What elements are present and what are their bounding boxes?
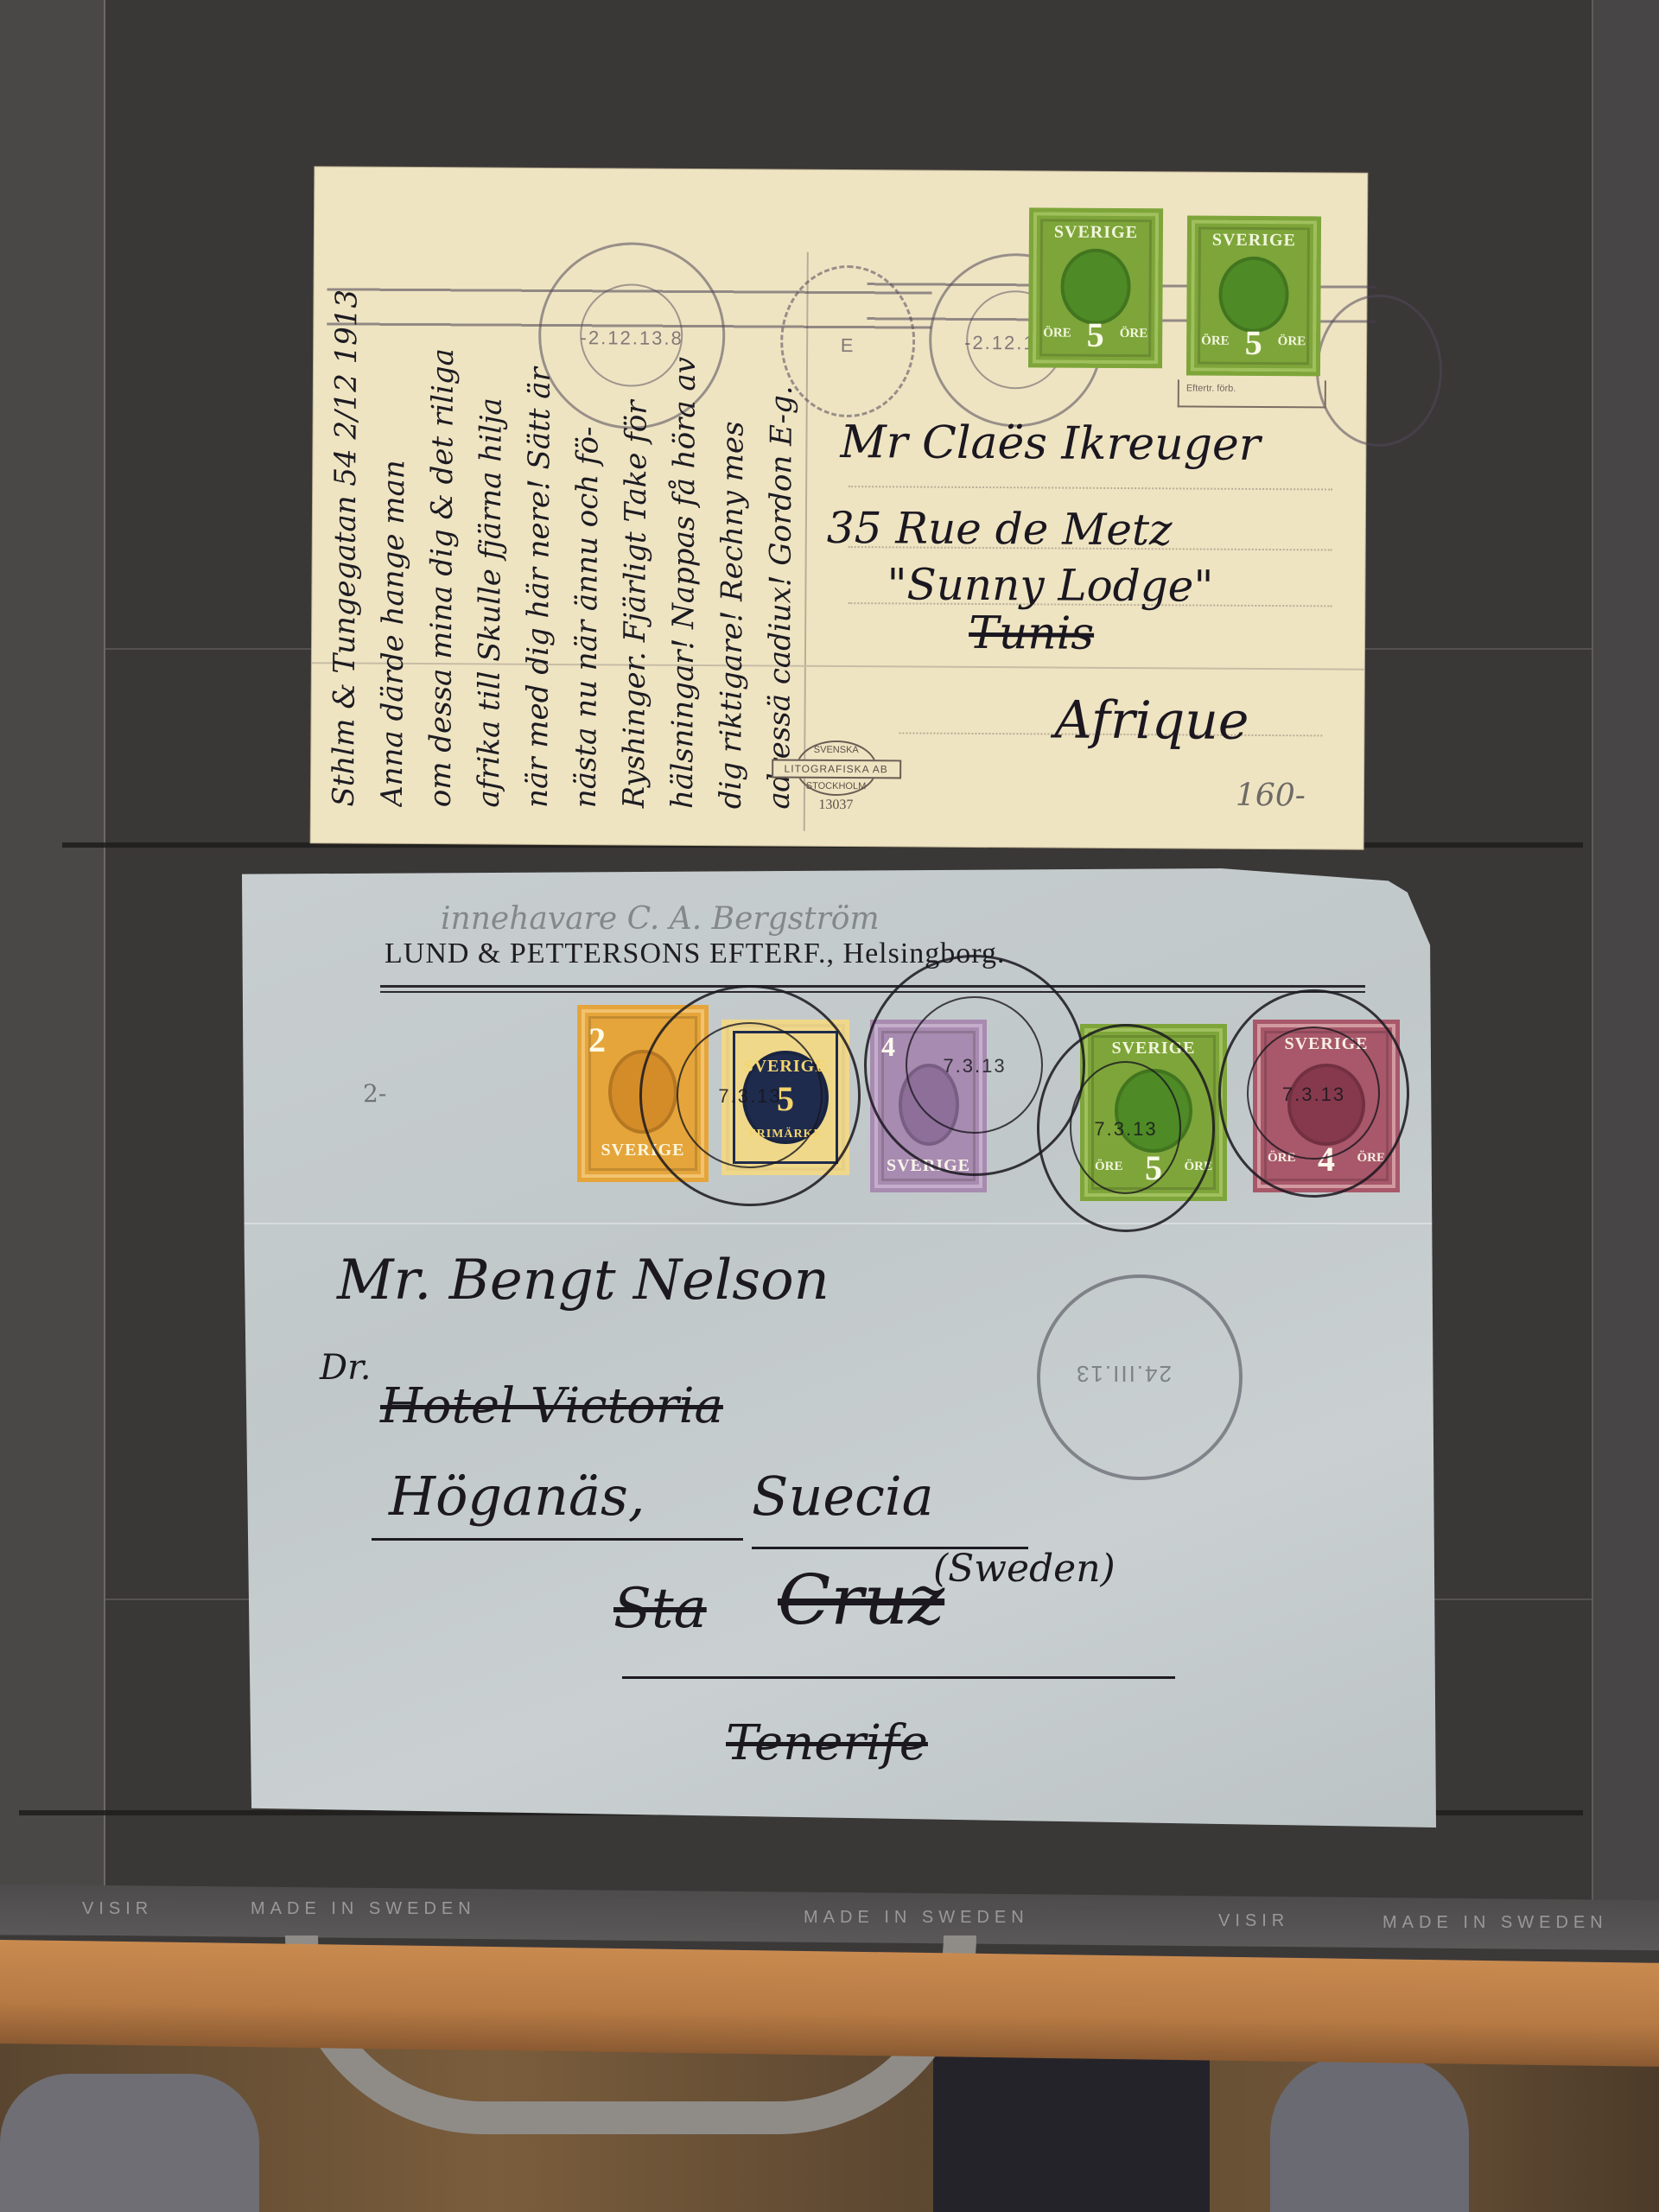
- letterhead-rule: [380, 991, 1365, 993]
- address-rule: [849, 486, 1332, 490]
- postmark: [1315, 294, 1442, 447]
- address-city: Tunis: [969, 607, 1094, 660]
- address-struck-cruz: Cruz: [778, 1560, 944, 1640]
- pencil-note: innehavare C. A. Bergström: [441, 901, 880, 937]
- message-line: afrika till Skulle fjärna hilja: [465, 202, 517, 807]
- imprint-text: VISIR: [1218, 1911, 1289, 1931]
- letterhead: LUND & PETTERSONS EFTERF., Helsingborg.: [385, 938, 1006, 970]
- person-leg: [1270, 2056, 1469, 2212]
- stamp-margin-text: Eftertr. förb.: [1186, 383, 1236, 393]
- address-name: Mr Claës Ikreuger: [840, 416, 1260, 471]
- shadow: [933, 2039, 1210, 2212]
- address-country: Afrique: [1054, 690, 1249, 752]
- address-underline: [622, 1676, 1175, 1679]
- stockbook-left-margin: [0, 0, 105, 1935]
- imprint-text: VISIR: [82, 1899, 153, 1919]
- address-street: 35 Rue de Metz: [827, 503, 1173, 555]
- person-leg: [0, 2074, 259, 2212]
- message-line: om dessa mina dig & det riliga: [416, 202, 468, 807]
- letterhead-rule: [380, 985, 1365, 988]
- message-line: när med dig här nere! Sätt är: [513, 203, 565, 808]
- address-town: Höganäs,: [389, 1465, 645, 1528]
- imprint-text: MADE IN SWEDEN: [804, 1908, 1029, 1928]
- message-line: nästa nu när ännu och fö-: [562, 203, 613, 808]
- message-line: dig riktigare! Rechny mes: [707, 204, 759, 809]
- message-line: adressä cadiux! Gordon E-g.: [755, 204, 807, 809]
- address-country: Suecia: [752, 1465, 934, 1528]
- address-house: "Sunny Lodge": [887, 559, 1213, 611]
- address-struck-hotel: Hotel Victoria: [380, 1378, 723, 1434]
- arrival-postmark: 24.III.13: [1037, 1274, 1243, 1480]
- envelope[interactable]: innehavare C. A. Bergström LUND & PETTER…: [242, 868, 1436, 1827]
- address-struck-tenerife: Tenerife: [726, 1715, 928, 1771]
- imprint-text: MADE IN SWEDEN: [1382, 1913, 1608, 1933]
- imprint-text: MADE IN SWEDEN: [251, 1899, 476, 1919]
- postcard-message: Sthlm & Tungegatan 54 2/12 1913 Anna där…: [320, 201, 807, 809]
- postmark: 7.3.13: [1218, 989, 1409, 1198]
- address-underline: [372, 1538, 743, 1541]
- address-country-english: (Sweden): [933, 1547, 1116, 1591]
- message-line: Sthlm & Tungegatan 54 2/12 1913: [320, 201, 372, 806]
- message-line: Anna därde hange man: [368, 202, 420, 807]
- address-name: Mr. Bengt Nelson: [337, 1249, 829, 1313]
- message-line: hälsningar! Nappas få höra av: [658, 204, 710, 809]
- message-line: Ryshinger. Fjärligt Take för: [610, 203, 662, 808]
- stockbook-right-margin: [1592, 0, 1659, 1935]
- stamp-5-ore-green[interactable]: SVERIGE ÖRE ÖRE 5: [1028, 207, 1163, 368]
- pencil-price: 2-: [363, 1079, 386, 1108]
- address-prefix: Dr.: [320, 1348, 372, 1388]
- address-struck-sta: Sta: [613, 1577, 707, 1641]
- stamp-5-ore-green[interactable]: SVERIGE ÖRE ÖRE 5: [1186, 215, 1321, 376]
- postmark: 7.3.13: [639, 985, 861, 1206]
- envelope-fold: [242, 1223, 1436, 1224]
- postcard[interactable]: -2.12.13.8 E Sthlm & Tungegatan 54 2/12 …: [311, 167, 1368, 849]
- pencil-price: 160-: [1236, 778, 1306, 813]
- printer-imprint: SVENSKA LITOGRAFISKA AB STOCKHOLM 13037: [773, 741, 899, 812]
- postmark: 7.3.13: [1037, 1024, 1215, 1232]
